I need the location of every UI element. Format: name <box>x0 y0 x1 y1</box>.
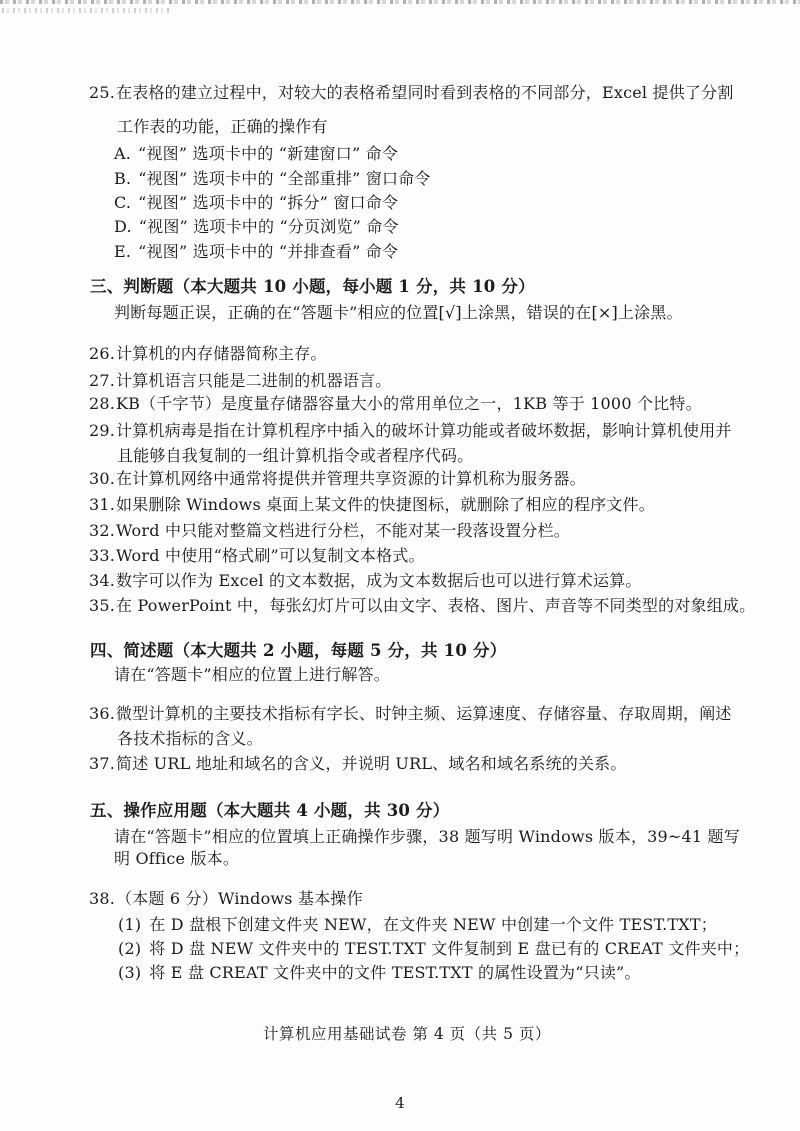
judgment-item-32: 32.Word 中只能对整篇文档进行分栏，不能对某一段落设置分栏。 <box>89 521 570 542</box>
section-4-subtitle: 请在“答题卡”相应的位置上进行解答。 <box>114 665 390 686</box>
option-label: B. <box>114 169 131 190</box>
item-text: Word 中使用“格式刷”可以复制文本格式。 <box>116 546 425 565</box>
judgment-item-29: 29.计算机病毒是指在计算机程序中插入的破坏计算功能或者破坏数据，影响计算机使用… <box>89 421 732 442</box>
judgment-item-30: 30.在计算机网络中通常将提供并管理共享资源的计算机称为服务器。 <box>89 469 586 490</box>
step-text: 在 D 盘根下创建文件夹 NEW，在文件夹 NEW 中创建一个文件 TEST.T… <box>149 915 717 934</box>
item-text: 如果删除 Windows 桌面上某文件的快捷图标，就删除了相应的程序文件。 <box>116 495 655 514</box>
option-label: A. <box>114 144 131 165</box>
short-answer-item-37: 37.简述 URL 地址和域名的含义，并说明 URL、域名和域名系统的关系。 <box>89 754 627 775</box>
section-5-title: 五、操作应用题（本大题共 4 小题，共 30 分） <box>90 800 449 821</box>
item-text: 数字可以作为 Excel 的文本数据，成为文本数据后也可以进行算术运算。 <box>116 571 642 590</box>
item-number: 35. <box>89 596 116 617</box>
item-number: 28. <box>89 394 116 415</box>
question-25-line1: 25.在表格的建立过程中，对较大的表格希望同时看到表格的不同部分，Excel 提… <box>89 83 734 104</box>
item-number: 34. <box>89 571 116 592</box>
question-25-line2: 工作表的功能，正确的操作有 <box>117 117 328 138</box>
option-text: “视图” 选项卡中的 “全部重排” 窗口命令 <box>138 169 430 188</box>
item-number: 31. <box>89 495 116 516</box>
section-3-title: 三、判断题（本大题共 10 小题，每小题 1 分，共 10 分） <box>90 276 535 297</box>
judgment-item-31: 31.如果删除 Windows 桌面上某文件的快捷图标，就删除了相应的程序文件。 <box>89 495 655 516</box>
item-text: 在计算机网络中通常将提供并管理共享资源的计算机称为服务器。 <box>116 469 586 488</box>
item-text: 在 PowerPoint 中，每张幻灯片可以由文字、表格、图片、声音等不同类型的… <box>116 596 755 615</box>
item-number: 37. <box>89 754 116 775</box>
scan-artifact-strip <box>0 0 800 4</box>
judgment-item-28: 28.KB（千字节）是度量存储器容量大小的常用单位之一，1KB 等于 1000 … <box>89 394 702 415</box>
item-text: Word 中只能对整篇文档进行分栏，不能对某一段落设置分栏。 <box>116 521 570 540</box>
item-title: （本题 6 分）Windows 基本操作 <box>116 889 363 908</box>
item-number: 27. <box>89 371 116 392</box>
step-label: (3) <box>118 963 141 984</box>
step-text: 将 D 盘 NEW 文件夹中的 TEST.TXT 文件复制到 E 盘已有的 CR… <box>149 939 749 958</box>
item-text: KB（千字节）是度量存储器容量大小的常用单位之一，1KB 等于 1000 个比特… <box>116 394 702 413</box>
item-number: 26. <box>89 344 116 365</box>
item-number: 30. <box>89 469 116 490</box>
item-number: 29. <box>89 421 116 442</box>
short-answer-item-36-line2: 各技术指标的含义。 <box>117 729 263 750</box>
section-4-title: 四、简述题（本大题共 2 小题，每题 5 分，共 10 分） <box>90 640 506 661</box>
option-c: C.“视图” 选项卡中的 “拆分” 窗口命令 <box>114 193 398 214</box>
item-number: 32. <box>89 521 116 542</box>
section-5-intro-line2: 明 Office 版本。 <box>114 849 239 870</box>
option-label: C. <box>114 193 131 214</box>
document-footer: 计算机应用基础试卷 第 4 页（共 5 页） <box>263 1024 551 1044</box>
option-text: “视图” 选项卡中的 “拆分” 窗口命令 <box>138 193 398 212</box>
question-text: 在表格的建立过程中，对较大的表格希望同时看到表格的不同部分，Excel 提供了分… <box>116 83 734 102</box>
item-text: 计算机病毒是指在计算机程序中插入的破坏计算功能或者破坏数据，影响计算机使用并 <box>116 421 732 440</box>
scanned-exam-page: 25.在表格的建立过程中，对较大的表格希望同时看到表格的不同部分，Excel 提… <box>0 0 800 1131</box>
option-b: B.“视图” 选项卡中的 “全部重排” 窗口命令 <box>114 169 431 190</box>
option-a: A.“视图” 选项卡中的 “新建窗口” 命令 <box>114 144 398 165</box>
operation-38-step-2: (2)将 D 盘 NEW 文件夹中的 TEST.TXT 文件复制到 E 盘已有的… <box>118 939 749 960</box>
item-text: 微型计算机的主要技术指标有字长、时钟主频、运算速度、存储容量、存取周期，阐述 <box>116 704 732 723</box>
short-answer-item-36: 36.微型计算机的主要技术指标有字长、时钟主频、运算速度、存储容量、存取周期，阐… <box>89 704 732 725</box>
scan-artifact-smudge <box>2 8 172 13</box>
step-text: 将 E 盘 CREAT 文件夹中的文件 TEST.TXT 的属性设置为“只读”。 <box>149 963 640 982</box>
judgment-item-35: 35.在 PowerPoint 中，每张幻灯片可以由文字、表格、图片、声音等不同… <box>89 596 755 617</box>
item-text: 简述 URL 地址和域名的含义，并说明 URL、域名和域名系统的关系。 <box>116 754 627 773</box>
option-label: E. <box>114 242 131 263</box>
operation-38-step-1: (1)在 D 盘根下创建文件夹 NEW，在文件夹 NEW 中创建一个文件 TES… <box>118 915 717 936</box>
judgment-item-34: 34.数字可以作为 Excel 的文本数据，成为文本数据后也可以进行算术运算。 <box>89 571 642 592</box>
judgment-item-26: 26.计算机的内存储器简称主存。 <box>89 344 327 365</box>
step-label: (1) <box>118 915 141 936</box>
section-3-subtitle: 判断每题正误，正确的在“答题卡”相应的位置[√]上涂黑，错误的在[×]上涂黑。 <box>114 303 683 324</box>
option-text: “视图” 选项卡中的 “新建窗口” 命令 <box>138 144 398 163</box>
operation-38-step-3: (3)将 E 盘 CREAT 文件夹中的文件 TEST.TXT 的属性设置为“只… <box>118 963 641 984</box>
option-d: D.“视图” 选项卡中的 “分页浏览” 命令 <box>114 217 399 238</box>
option-label: D. <box>114 217 132 238</box>
item-number: 33. <box>89 546 116 567</box>
page-number: 4 <box>0 1094 800 1114</box>
option-e: E.“视图” 选项卡中的 “并排查看” 命令 <box>114 242 398 263</box>
judgment-item-29-line2: 且能够自我复制的一组计算机指令或者程序代码。 <box>117 446 473 467</box>
item-number: 36. <box>89 704 116 725</box>
item-text: 计算机的内存储器简称主存。 <box>116 344 327 363</box>
step-label: (2) <box>118 939 141 960</box>
judgment-item-27: 27.计算机语言只能是二进制的机器语言。 <box>89 371 391 392</box>
option-text: “视图” 选项卡中的 “并排查看” 命令 <box>138 242 398 261</box>
section-5-intro-line1: 请在“答题卡”相应的位置填上正确操作步骤，38 题写明 Windows 版本，3… <box>114 827 740 848</box>
option-text: “视图” 选项卡中的 “分页浏览” 命令 <box>139 217 399 236</box>
item-text: 计算机语言只能是二进制的机器语言。 <box>116 371 391 390</box>
operation-item-38: 38.（本题 6 分）Windows 基本操作 <box>89 889 363 910</box>
item-number: 38. <box>89 889 116 910</box>
judgment-item-33: 33.Word 中使用“格式刷”可以复制文本格式。 <box>89 546 425 567</box>
question-number: 25. <box>89 83 116 104</box>
